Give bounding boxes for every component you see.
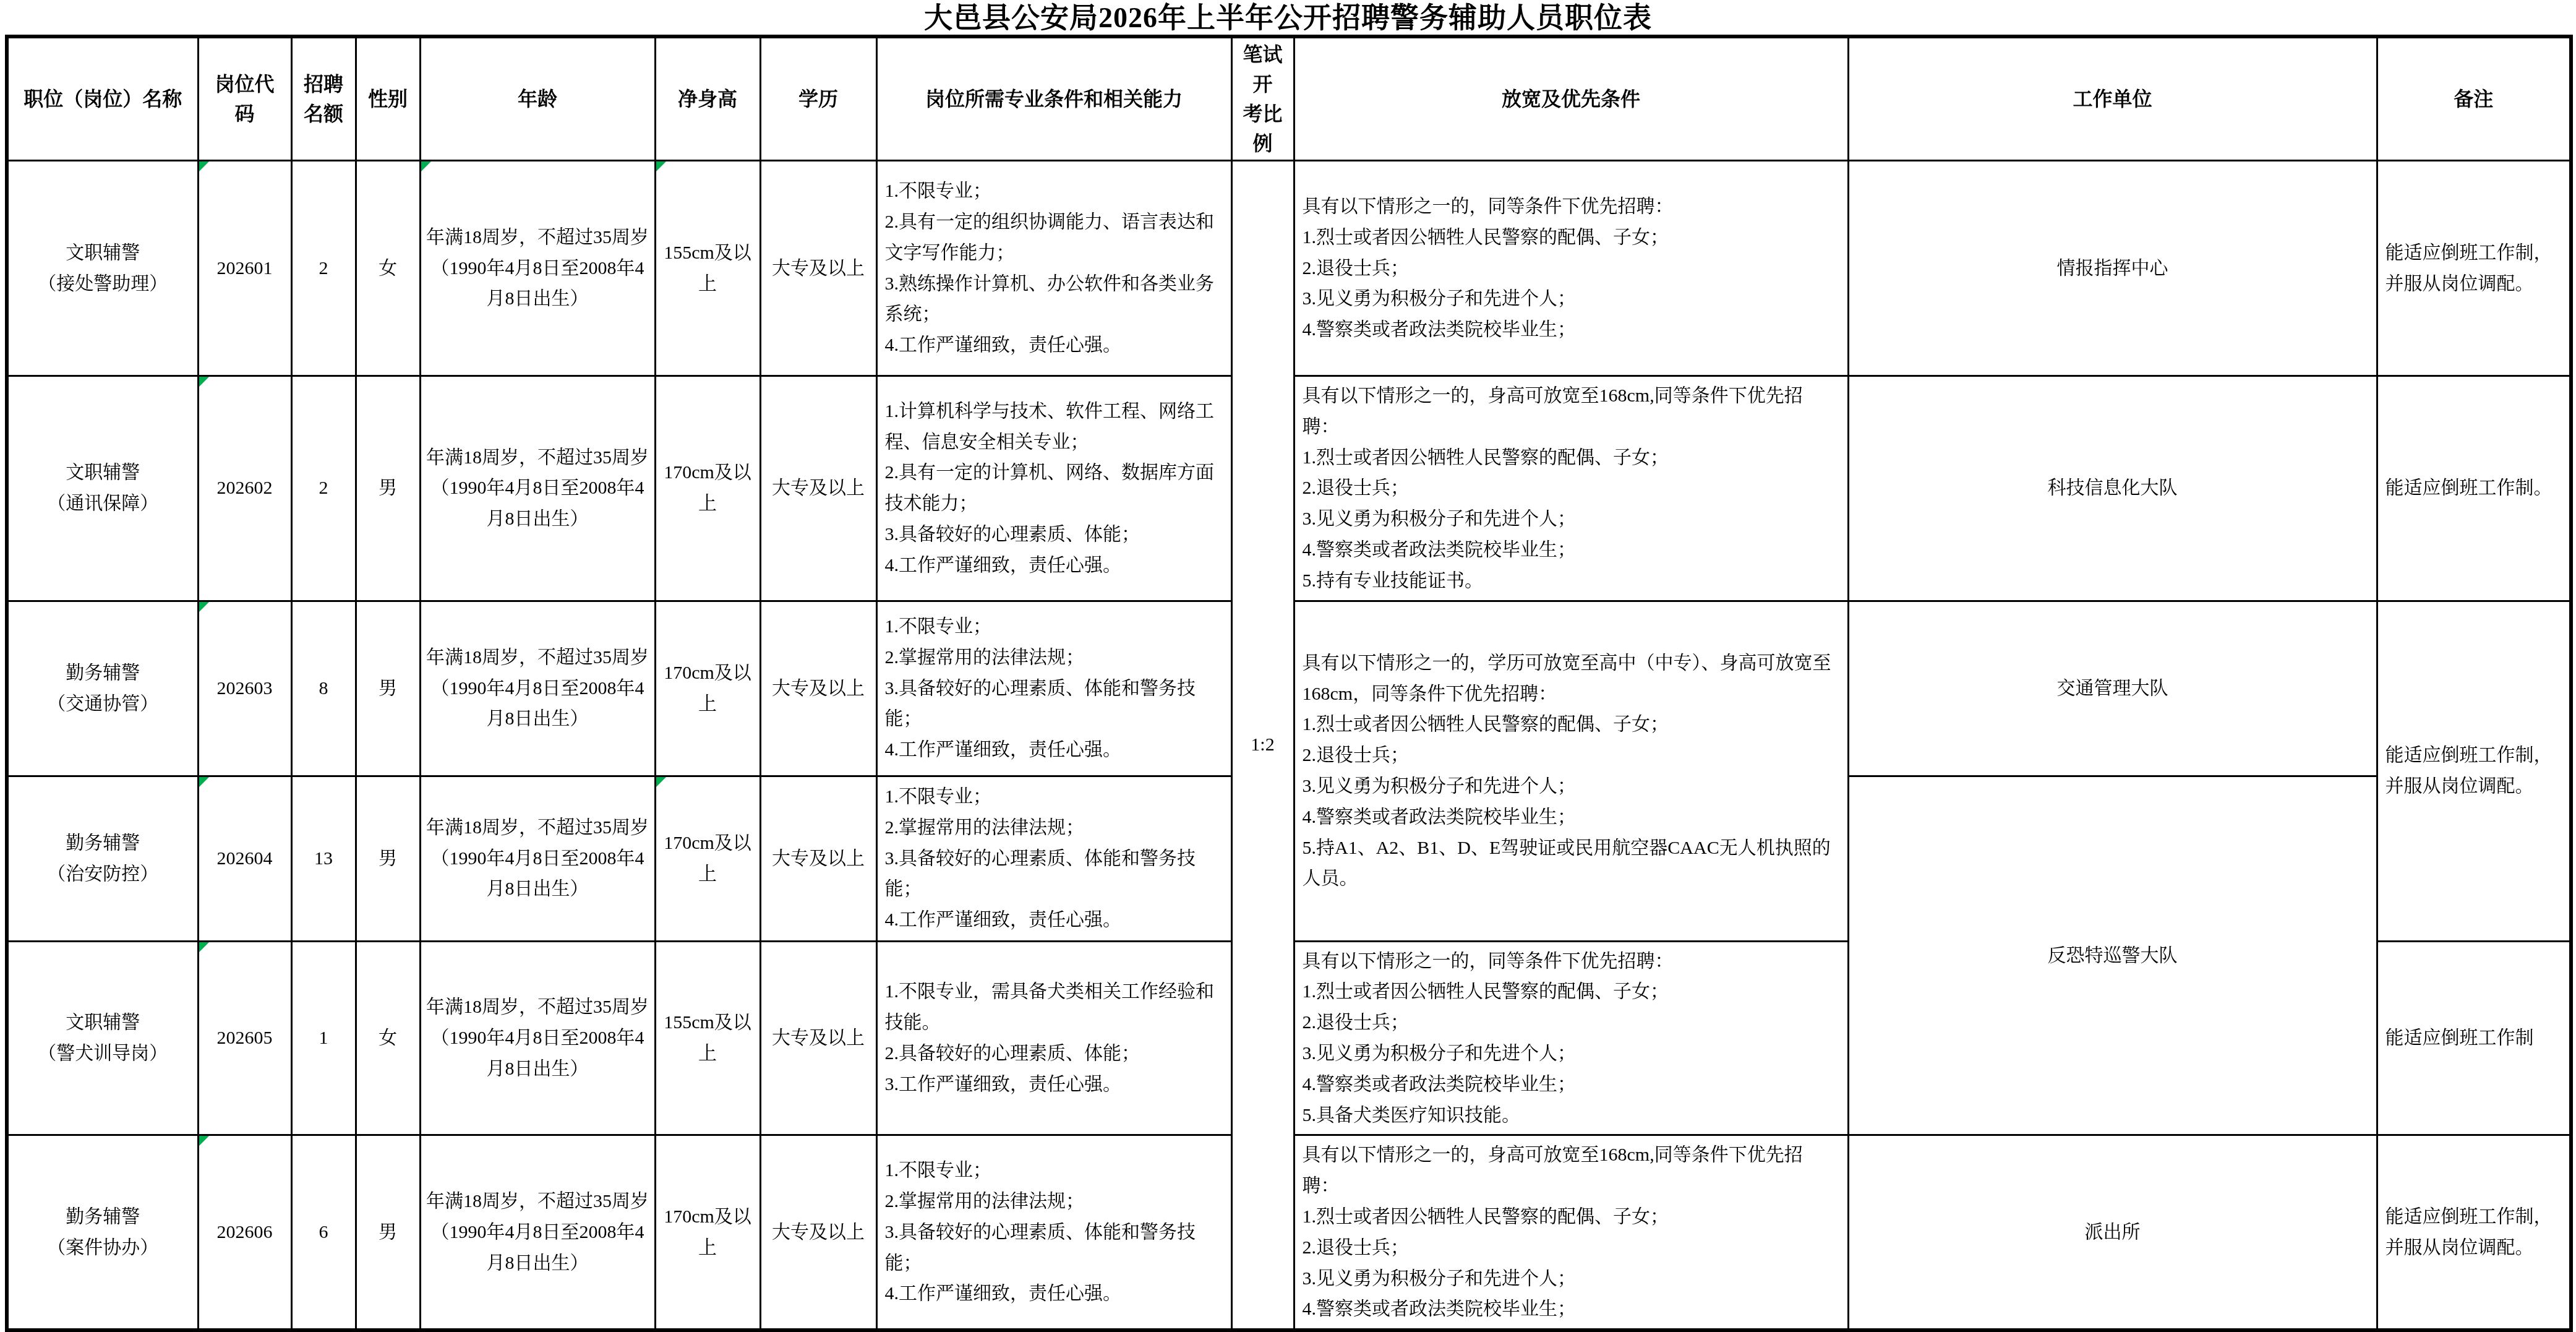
col-header-height: 净身高 [655,37,760,161]
cell-position-name: 文职辅警 （通讯保障） [7,376,198,601]
cell-quota: 2 [291,376,356,601]
cell-skills: 1.不限专业； 2.掌握常用的法律法规； 3.具备较好的心理素质、体能和警务技能… [876,776,1231,941]
page-title: 大邑县公安局2026年上半年公开招聘警务辅助人员职位表 [0,0,2576,35]
cell-education: 大专及以上 [760,161,876,376]
cell-work-unit: 交通管理大队 [1848,601,2377,776]
cell-skills: 1.不限专业，需具备犬类相关工作经验和技能。 2.具备较好的心理素质、体能； 3… [876,941,1231,1135]
col-header-remarks: 备注 [2377,37,2571,161]
cell-position-code: 202601 [198,161,291,376]
cell-position-name: 勤务辅警 （交通协管） [7,601,198,776]
excel-flag-icon [656,161,666,171]
cell-quota: 13 [291,776,356,941]
table-row: 文职辅警 （接处警助理） 202601 2 女 年满18周岁，不超过35周岁 （… [7,161,2571,376]
cell-priority: 具有以下情形之一的，同等条件下优先招聘： 1.烈士或者因公牺牲人民警察的配偶、子… [1294,161,1848,376]
col-header-position-code: 岗位代 码 [198,37,291,161]
cell-education: 大专及以上 [760,376,876,601]
cell-gender: 男 [356,1135,420,1330]
cell-remarks: 能适应倒班工作制， 并服从岗位调配。 [2377,1135,2571,1330]
col-header-priority: 放宽及优先条件 [1294,37,1848,161]
col-header-work-unit: 工作单位 [1848,37,2377,161]
cell-remarks: 能适应倒班工作制。 [2377,376,2571,601]
cell-education: 大专及以上 [760,601,876,776]
col-header-quota: 招聘 名额 [291,37,356,161]
cell-remarks: 能适应倒班工作制， 并服从岗位调配。 [2377,161,2571,376]
cell-skills: 1.不限专业； 2.具有一定的组织协调能力、语言表达和文字写作能力； 3.熟练操… [876,161,1231,376]
cell-age: 年满18周岁，不超过35周岁 （1990年4月8日至2008年4月8日出生） [420,1135,655,1330]
cell-exam-ratio: 1:2 [1231,161,1294,1331]
cell-quota: 8 [291,601,356,776]
cell-priority: 具有以下情形之一的，同等条件下优先招聘： 1.烈士或者因公牺牲人民警察的配偶、子… [1294,941,1848,1135]
cell-position-name: 勤务辅警 （治安防控） [7,776,198,941]
cell-age: 年满18周岁，不超过35周岁 （1990年4月8日至2008年4月8日出生） [420,376,655,601]
cell-work-unit: 科技信息化大队 [1848,376,2377,601]
cell-gender: 女 [356,941,420,1135]
excel-flag-icon [199,1136,209,1146]
excel-flag-icon [199,377,209,387]
excel-flag-icon [199,942,209,952]
cell-quota: 2 [291,161,356,376]
cell-age: 年满18周岁，不超过35周岁 （1990年4月8日至2008年4月8日出生） [420,601,655,776]
cell-position-code: 202606 [198,1135,291,1330]
col-header-gender: 性别 [356,37,420,161]
cell-quota: 6 [291,1135,356,1330]
cell-priority: 具有以下情形之一的，身高可放宽至168cm,同等条件下优先招聘： 1.烈士或者因… [1294,376,1848,601]
cell-work-unit: 情报指挥中心 [1848,161,2377,376]
cell-position-code: 202604 [198,776,291,941]
cell-height: 155cm及以上 [655,941,760,1135]
cell-work-unit: 派出所 [1848,1135,2377,1330]
cell-priority: 具有以下情形之一的，身高可放宽至168cm,同等条件下优先招聘： 1.烈士或者因… [1294,1135,1848,1330]
cell-work-unit: 反恐特巡警大队 [1848,776,2377,1135]
cell-age: 年满18周岁，不超过35周岁 （1990年4月8日至2008年4月8日出生） [420,776,655,941]
cell-priority: 具有以下情形之一的，学历可放宽至高中（中专）、身高可放宽至168cm，同等条件下… [1294,601,1848,941]
cell-height: 170cm及以上 [655,1135,760,1330]
cell-remarks: 能适应倒班工作制 [2377,941,2571,1135]
cell-quota: 1 [291,941,356,1135]
cell-education: 大专及以上 [760,941,876,1135]
excel-flag-icon [199,161,209,171]
cell-height: 170cm及以上 [655,776,760,941]
cell-skills: 1.不限专业； 2.掌握常用的法律法规； 3.具备较好的心理素质、体能和警务技能… [876,1135,1231,1330]
cell-height: 170cm及以上 [655,376,760,601]
excel-flag-icon [656,777,666,787]
cell-height: 170cm及以上 [655,601,760,776]
cell-position-name: 勤务辅警 （案件协办） [7,1135,198,1330]
cell-gender: 女 [356,161,420,376]
cell-gender: 男 [356,776,420,941]
cell-height: 155cm及以上 [655,161,760,376]
cell-position-code: 202602 [198,376,291,601]
cell-education: 大专及以上 [760,1135,876,1330]
cell-skills: 1.计算机科学与技术、软件工程、网络工程、信息安全相关专业； 2.具有一定的计算… [876,376,1231,601]
job-positions-table: 职位（岗位）名称 岗位代 码 招聘 名额 性别 年龄 净身高 学历 岗位所需专业… [5,35,2573,1332]
header-row: 职位（岗位）名称 岗位代 码 招聘 名额 性别 年龄 净身高 学历 岗位所需专业… [7,37,2571,161]
cell-age: 年满18周岁，不超过35周岁 （1990年4月8日至2008年4月8日出生） [420,941,655,1135]
cell-remarks: 能适应倒班工作制， 并服从岗位调配。 [2377,601,2571,941]
col-header-exam-ratio: 笔试开 考比例 [1231,37,1294,161]
col-header-skills: 岗位所需专业条件和相关能力 [876,37,1231,161]
cell-gender: 男 [356,376,420,601]
col-header-age: 年龄 [420,37,655,161]
cell-gender: 男 [356,601,420,776]
col-header-education: 学历 [760,37,876,161]
cell-position-name: 文职辅警 （接处警助理） [7,161,198,376]
cell-age: 年满18周岁，不超过35周岁 （1990年4月8日至2008年4月8日出生） [420,161,655,376]
cell-position-name: 文职辅警 （警犬训导岗） [7,941,198,1135]
col-header-position-name: 职位（岗位）名称 [7,37,198,161]
cell-position-code: 202603 [198,601,291,776]
excel-flag-icon [421,161,431,171]
excel-flag-icon [199,777,209,787]
cell-education: 大专及以上 [760,776,876,941]
excel-flag-icon [199,602,209,612]
cell-skills: 1.不限专业； 2.掌握常用的法律法规； 3.具备较好的心理素质、体能和警务技能… [876,601,1231,776]
cell-position-code: 202605 [198,941,291,1135]
